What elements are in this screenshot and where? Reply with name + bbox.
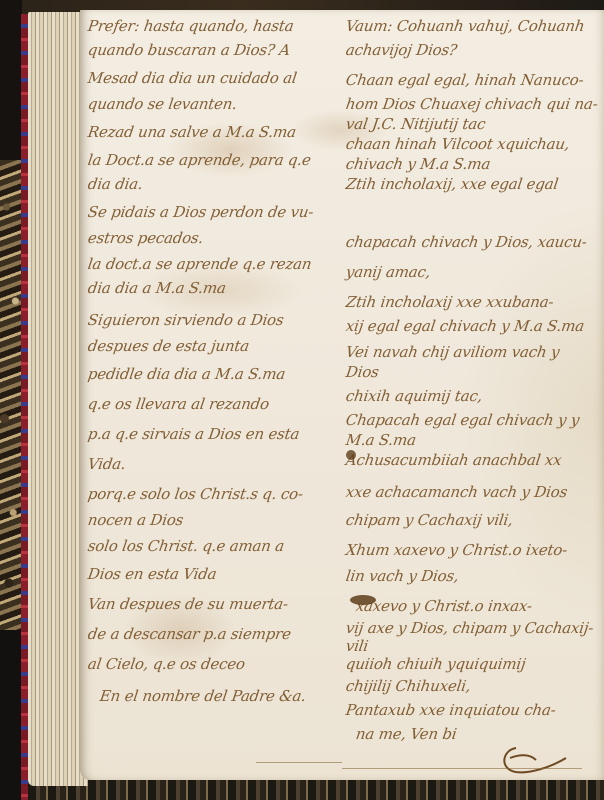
text-line: Mesad dia dia un cuidado al xyxy=(87,68,299,88)
text-line: Rezad una salve a M.a S.ma xyxy=(87,122,298,142)
text-line: Dios xyxy=(345,362,381,382)
text-line: q.e os llevara al rezando xyxy=(87,394,271,414)
text-line: Chapacah egal egal chivach y y xyxy=(345,410,581,430)
book-cover-left-lower xyxy=(0,630,22,800)
text-line: hom Dios Chuaxej chivach qui na- xyxy=(345,94,600,114)
text-line: estros pecados. xyxy=(87,228,205,248)
text-line: yanij amac, xyxy=(345,262,432,282)
text-line: Vida. xyxy=(87,454,127,474)
text-line: Siguieron sirviendo a Dios xyxy=(87,310,285,330)
manuscript-page: Prefer: hasta quando, hasta quando busca… xyxy=(80,10,604,780)
marbled-cover xyxy=(0,160,22,630)
text-line: Se pidais a Dios perdon de vu- xyxy=(87,202,315,222)
text-line: chijilij Chihuxeli, xyxy=(345,676,472,696)
text-line: quiioh chiuih yquiquimij xyxy=(345,654,527,674)
text-line: xaxevo y Christ.o inxax- xyxy=(355,596,534,616)
text-line: Van despues de su muerta- xyxy=(87,594,290,614)
text-line: pedidle dia dia a M.a S.ma xyxy=(87,364,287,384)
text-line: al Cielo, q.e os deceo xyxy=(87,654,247,674)
text-line: la doct.a se aprende q.e rezan xyxy=(87,254,313,274)
closing-line: na me, Ven bi xyxy=(355,724,458,744)
text-line: Dios en esta Vida xyxy=(87,564,218,584)
text-line: Pantaxub xxe inquiatou cha- xyxy=(345,700,557,720)
text-line: p.a q.e sirvais a Dios en esta xyxy=(87,424,301,444)
text-line: vili xyxy=(345,636,370,656)
text-line: la Doct.a se aprende, para q.e xyxy=(87,150,313,170)
text-line: chaan hinah Vilcoot xquichau, xyxy=(345,134,571,154)
signature-flourish-icon xyxy=(496,740,596,780)
text-line: Ztih incholaxij xxe xxubana- xyxy=(345,292,555,312)
text-line: quando buscaran a Dios? A xyxy=(87,40,292,60)
text-line: Prefer: hasta quando, hasta xyxy=(87,16,295,36)
text-line: solo los Christ. q.e aman a xyxy=(87,536,286,556)
text-line: Achusacumbiiah anachbal xx xyxy=(345,450,563,470)
text-line: Ztih incholaxij, xxe egal egal xyxy=(345,174,560,194)
text-line: Vei navah chij aviliom vach y xyxy=(345,342,561,362)
text-line: xij egal egal chivach y M.a S.ma xyxy=(345,316,586,336)
text-line: Vaum: Cohuanh vahuj, Cohuanh xyxy=(345,16,586,36)
text-line: M.a S.ma xyxy=(345,430,418,450)
text-line: vij axe y Dios, chipam y Cachaxij- xyxy=(345,618,595,638)
text-line: chivach y M.a S.ma xyxy=(345,154,492,174)
book-cover-left xyxy=(0,0,22,160)
book-headband xyxy=(21,14,28,800)
text-line: Chaan egal egal, hinah Nanuco- xyxy=(345,70,585,90)
closing-line: En el nombre del Padre &a. xyxy=(99,686,308,706)
text-line: xxe achacamanch vach y Dios xyxy=(345,482,569,502)
text-line: val J.C. Nitijutij tac xyxy=(345,114,487,134)
text-line: Xhum xaxevo y Christ.o ixeto- xyxy=(345,540,569,560)
text-line: quando se levanten. xyxy=(87,94,239,114)
rule-line xyxy=(342,768,582,769)
text-line: lin vach y Dios, xyxy=(345,566,460,586)
text-line: achavijoj Dios? xyxy=(345,40,459,60)
text-line: chipam y Cachaxij vili, xyxy=(345,510,515,530)
page-edges xyxy=(28,12,88,786)
text-line: chixih aquimij tac, xyxy=(345,386,484,406)
text-line: dia dia. xyxy=(87,174,144,194)
text-line: despues de esta junta xyxy=(87,336,251,356)
text-line: de a descansar p.a siempre xyxy=(87,624,293,644)
rule-line xyxy=(256,762,342,763)
text-line: nocen a Dios xyxy=(87,510,185,530)
text-line: chapacah chivach y Dios, xaucu- xyxy=(345,232,589,252)
text-line: dia dia a M.a S.ma xyxy=(87,278,228,298)
text-line: porq.e solo los Christ.s q. co- xyxy=(87,484,305,504)
ink-blot xyxy=(346,450,356,460)
ink-blot xyxy=(350,595,376,605)
book-cover-bottom xyxy=(28,780,604,800)
